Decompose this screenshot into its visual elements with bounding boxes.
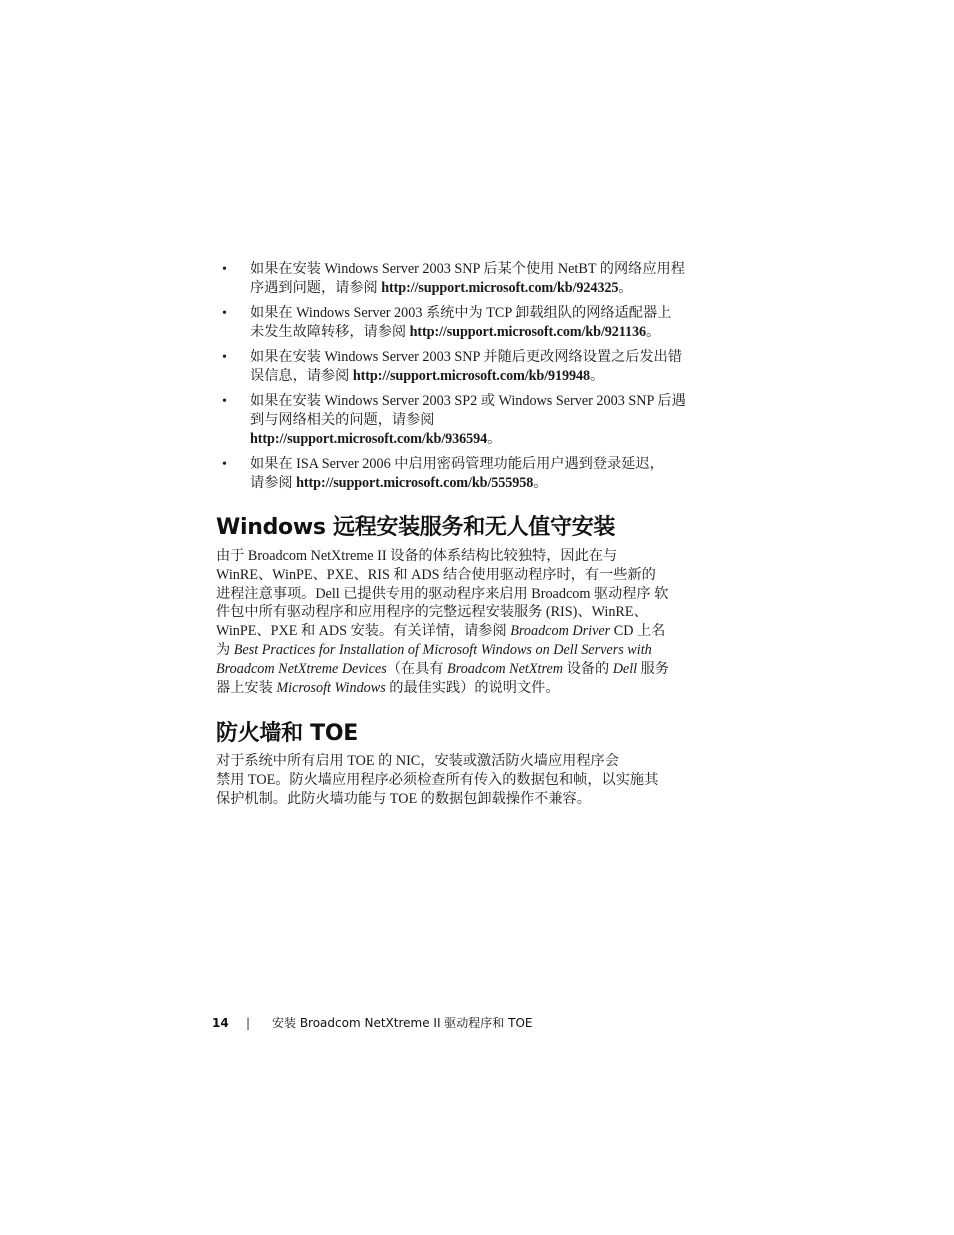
document-title-italic: Broadcom Driver xyxy=(510,623,610,639)
paragraph-line: 对于系统中所有启用 TOE 的 NIC，安装或激活防火墙应用程序会 xyxy=(216,752,716,771)
paragraph-line: 禁用 TOE。防火墙应用程序必须检查所有传入的数据包和帧，以实施其 xyxy=(216,771,716,790)
bullet-text: 如果在安装 Windows Server 2003 SNP 后某个使用 NetB… xyxy=(250,260,722,279)
text: CD 上名 xyxy=(610,623,665,639)
section-heading-firewall-toe: 防火墙和 TOE xyxy=(216,720,358,748)
punctuation: 。 xyxy=(487,431,501,447)
paragraph-line: WinRE、WinPE、PXE、RIS 和 ADS 结合使用驱动程序时，有一些新… xyxy=(216,566,716,585)
paragraph-line: WinPE、PXE 和 ADS 安装。有关详情，请参阅 Broadcom Dri… xyxy=(216,622,716,641)
bullet-item-1: • 如果在安装 Windows Server 2003 SNP 后某个使用 Ne… xyxy=(222,260,722,298)
bullet-text: 如果在 Windows Server 2003 系统中为 TCP 卸载组队的网络… xyxy=(250,304,722,323)
bullet-text: 到与网络相关的问题，请参阅 xyxy=(250,411,722,430)
bullet-text: 如果在 ISA Server 2006 中启用密码管理功能后用户遇到登录延迟， xyxy=(250,455,722,474)
bullet-item-3: • 如果在安装 Windows Server 2003 SNP 并随后更改网络设… xyxy=(222,348,722,386)
bullet-text: 如果在安装 Windows Server 2003 SNP 并随后更改网络设置之… xyxy=(250,348,722,367)
kb-link[interactable]: http://support.microsoft.com/kb/921136 xyxy=(410,324,646,340)
paragraph-line: 件包中所有驱动程序和应用程序的完整远程安装服务 (RIS)、WinRE、 xyxy=(216,603,716,622)
italic-text: Broadcom NetXtrem xyxy=(447,661,563,677)
punctuation: 。 xyxy=(533,475,547,491)
italic-text: Dell xyxy=(613,661,637,677)
bullet-icon: • xyxy=(222,304,227,323)
bullet-text: 序遇到问题，请参阅 xyxy=(250,280,381,296)
punctuation: 。 xyxy=(618,280,632,296)
footer-title: 安装 Broadcom NetXtreme II 驱动程序和 TOE xyxy=(272,1016,532,1030)
section-paragraph-firewall-toe: 对于系统中所有启用 TOE 的 NIC，安装或激活防火墙应用程序会 禁用 TOE… xyxy=(216,752,716,808)
document-title-italic: Broadcom NetXtreme Devices xyxy=(216,661,387,677)
bullet-text: 未发生故障转移，请参阅 xyxy=(250,324,410,340)
footer-separator: | xyxy=(246,1014,272,1032)
bullet-text: 请参阅 xyxy=(250,475,296,491)
page-footer: 14|安装 Broadcom NetXtreme II 驱动程序和 TOE xyxy=(212,1014,532,1032)
kb-link[interactable]: http://support.microsoft.com/kb/936594 xyxy=(250,431,487,447)
text: 器上安装 xyxy=(216,680,276,696)
document-title-italic: Best Practices for Installation of Micro… xyxy=(234,642,652,658)
kb-link[interactable]: http://support.microsoft.com/kb/919948 xyxy=(353,368,590,384)
bullet-icon: • xyxy=(222,455,227,474)
text: 服务 xyxy=(637,661,669,677)
bullet-item-4: • 如果在安装 Windows Server 2003 SP2 或 Window… xyxy=(222,392,722,449)
italic-text: Microsoft Windows xyxy=(276,680,385,696)
paragraph-line: 进程注意事项。Dell 已提供专用的驱动程序来启用 Broadcom 驱动程序 … xyxy=(216,585,716,604)
paragraph-line: Broadcom NetXtreme Devices（在具有 Broadcom … xyxy=(216,660,716,679)
page-number: 14 xyxy=(212,1014,246,1032)
bullet-text: 如果在安装 Windows Server 2003 SP2 或 Windows … xyxy=(250,392,722,411)
text: WinPE、PXE 和 ADS 安装。有关详情，请参阅 xyxy=(216,623,510,639)
bullet-icon: • xyxy=(222,348,227,367)
paragraph-line: 器上安装 Microsoft Windows 的最佳实践）的说明文件。 xyxy=(216,679,716,698)
bullet-text: 误信息，请参阅 xyxy=(250,368,353,384)
bullet-icon: • xyxy=(222,260,227,279)
document-page: • 如果在安装 Windows Server 2003 SNP 后某个使用 Ne… xyxy=(0,0,954,1235)
text: 的最佳实践）的说明文件。 xyxy=(386,680,560,696)
punctuation: 。 xyxy=(590,368,604,384)
text: （在具有 xyxy=(387,661,447,677)
bullet-item-5: • 如果在 ISA Server 2006 中启用密码管理功能后用户遇到登录延迟… xyxy=(222,455,722,493)
section-heading-windows-ris: Windows 远程安装服务和无人值守安装 xyxy=(216,514,615,542)
text: 设备的 xyxy=(563,661,613,677)
bullet-item-2: • 如果在 Windows Server 2003 系统中为 TCP 卸载组队的… xyxy=(222,304,722,342)
kb-link[interactable]: http://support.microsoft.com/kb/924325 xyxy=(381,280,618,296)
paragraph-line: 保护机制。此防火墙功能与 TOE 的数据包卸载操作不兼容。 xyxy=(216,790,716,809)
bullet-icon: • xyxy=(222,392,227,411)
kb-bullet-list: • 如果在安装 Windows Server 2003 SNP 后某个使用 Ne… xyxy=(222,260,722,499)
kb-link[interactable]: http://support.microsoft.com/kb/555958 xyxy=(296,475,533,491)
section-paragraph-windows-ris: 由于 Broadcom NetXtreme II 设备的体系结构比较独特，因此在… xyxy=(216,547,716,697)
text: 为 xyxy=(216,642,234,658)
paragraph-line: 为 Best Practices for Installation of Mic… xyxy=(216,641,716,660)
punctuation: 。 xyxy=(646,324,660,340)
paragraph-line: 由于 Broadcom NetXtreme II 设备的体系结构比较独特，因此在… xyxy=(216,547,716,566)
